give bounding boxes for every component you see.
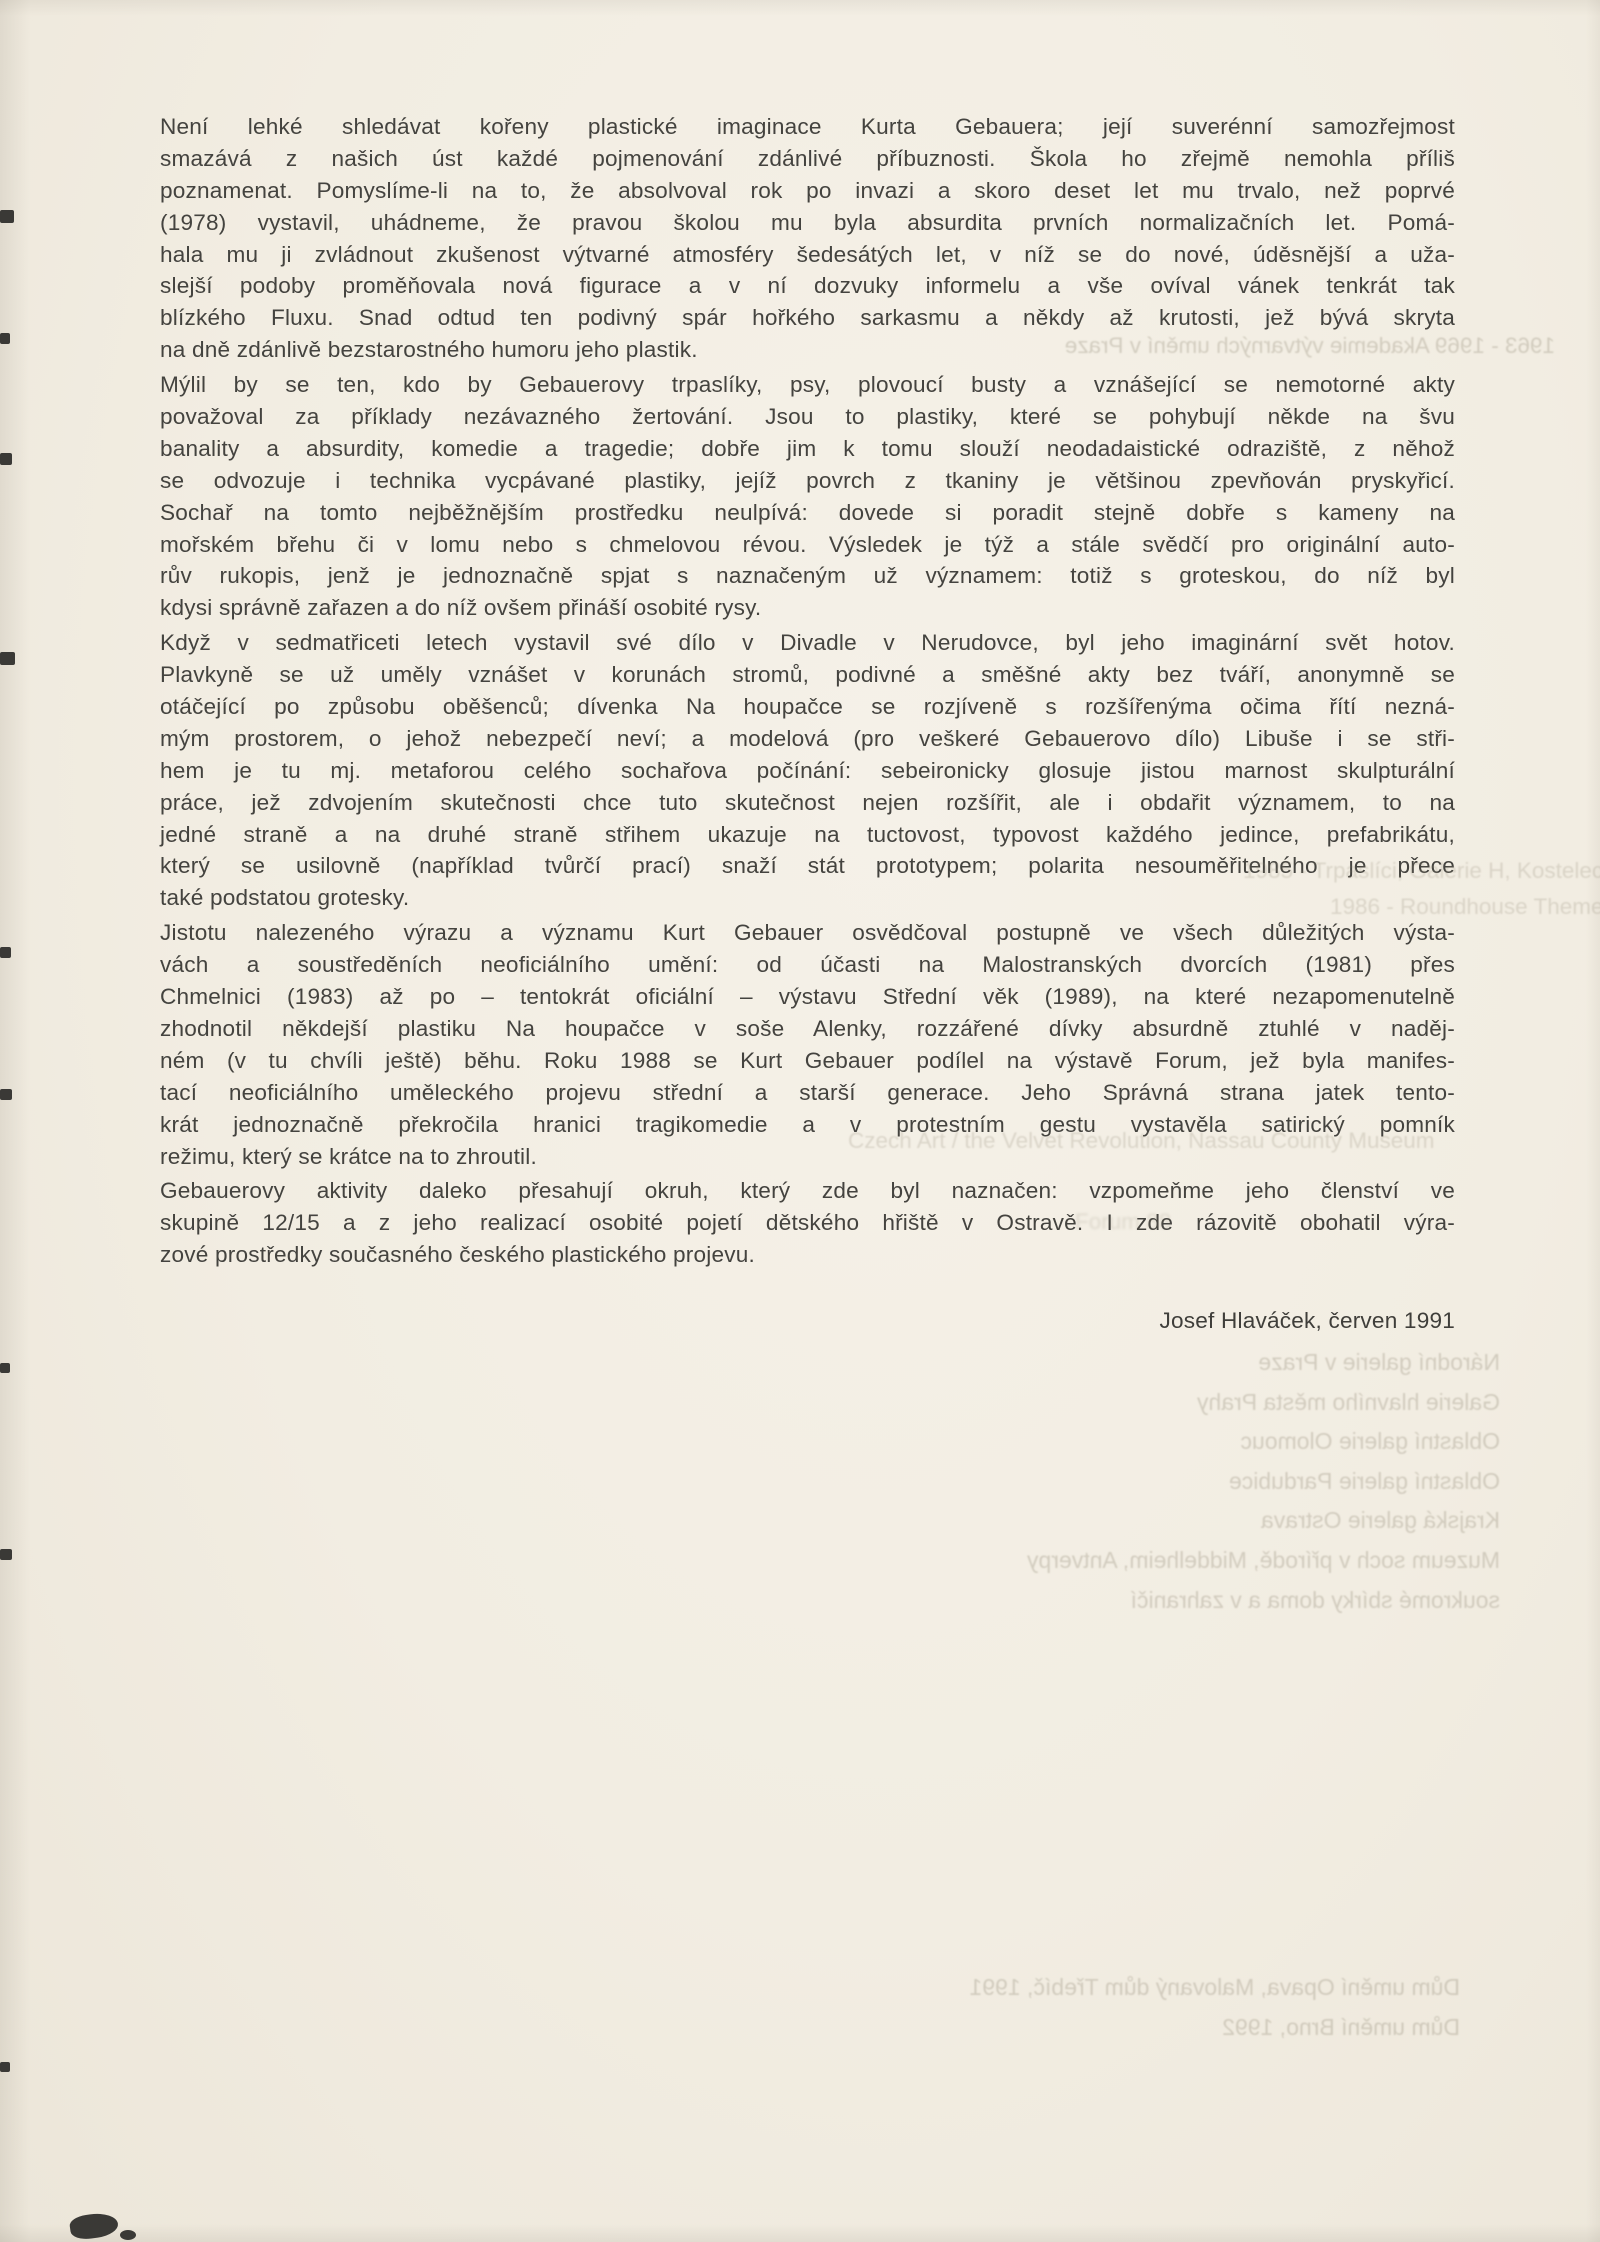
text-line: práce, jež zdvojením skutečnosti chce tu… xyxy=(160,787,1455,819)
page-edge-shadow-bottom xyxy=(0,2224,1600,2242)
text-line: na dně zdánlivě bezstarostného humoru je… xyxy=(160,334,1455,366)
text-line: zhodnotil někdejší plastiku Na houpačce … xyxy=(160,1013,1455,1045)
text-line: mořském břehu či v lomu nebo s chmelovou… xyxy=(160,529,1455,561)
text-line: Mýlil by se ten, kdo by Gebauerovy trpas… xyxy=(160,369,1455,401)
ghost-collection-line: soukromé sbírky doma a v zahraničí xyxy=(1050,1581,1500,1621)
text-line: také podstatou grotesky. xyxy=(160,882,1455,914)
text-line: skupině 12/15 a z jeho realizací osobité… xyxy=(160,1207,1455,1239)
ghost-mirrored-collections-list: Národní galerie v PrazeGalerie hlavního … xyxy=(1050,1343,1500,1620)
scan-artifact xyxy=(0,453,12,465)
scan-artifact xyxy=(0,652,15,665)
scan-artifact xyxy=(0,2062,10,2072)
text-line: smazává z našich úst každé pojmenování z… xyxy=(160,143,1455,175)
ghost-mirrored-bottom-lines: Dům umění Opava, Malovaný dům Třebíč, 19… xyxy=(820,1968,1460,2047)
text-line: rův rukopis, jenž je jednoznačně spjat s… xyxy=(160,560,1455,592)
scan-artifact xyxy=(0,210,14,223)
text-line: hem je tu mj. metaforou celého sochařova… xyxy=(160,755,1455,787)
ghost-collection-line: Oblastní galerie Olomouc xyxy=(1050,1422,1500,1462)
text-line: hala mu ji zvládnout zkušenost výtvarné … xyxy=(160,239,1455,271)
text-line: se odvozuje i technika vycpávané plastik… xyxy=(160,465,1455,497)
text-line: banality a absurdity, komedie a tragedie… xyxy=(160,433,1455,465)
text-line: Gebauerovy aktivity daleko přesahují okr… xyxy=(160,1175,1455,1207)
paragraph-1: Není lehké shledávat kořeny plastické im… xyxy=(160,111,1455,366)
text-line: otáčející po způsobu oběšenců; dívenka N… xyxy=(160,691,1455,723)
scanned-document-page: Není lehké shledávat kořeny plastické im… xyxy=(0,0,1600,2242)
ghost-bottom-line: Dům umění Brno, 1992 xyxy=(820,2008,1460,2048)
paragraph-2: Mýlil by se ten, kdo by Gebauerovy trpas… xyxy=(160,369,1455,624)
ghost-collection-line: Galerie hlavního města Prahy xyxy=(1050,1383,1500,1423)
text-line: Chmelnici (1983) až po – tentokrát ofici… xyxy=(160,981,1455,1013)
text-line: vách a soustředěních neoficiálního umění… xyxy=(160,949,1455,981)
text-line: Jistotu nalezeného výrazu a významu Kurt… xyxy=(160,917,1455,949)
text-line: slejší podoby proměňovala nová figurace … xyxy=(160,270,1455,302)
scan-artifact xyxy=(0,1549,12,1560)
text-line: který se usilovně (například tvůrčí prac… xyxy=(160,850,1455,882)
text-line: poznamenat. Pomyslíme-li na to, že absol… xyxy=(160,175,1455,207)
text-line: kdysi správně zařazen a do níž ovšem při… xyxy=(160,592,1455,624)
essay-text: Není lehké shledávat kořeny plastické im… xyxy=(160,111,1455,1337)
scan-artifact xyxy=(0,1089,12,1100)
text-line: mým prostorem, o jehož nebezpečí neví; a… xyxy=(160,723,1455,755)
ghost-collection-line: Národní galerie v Praze xyxy=(1050,1343,1500,1383)
text-line: tací neoficiálního uměleckého projevu st… xyxy=(160,1077,1455,1109)
paragraph-5: Gebauerovy aktivity daleko přesahují okr… xyxy=(160,1175,1455,1271)
scan-artifact xyxy=(0,947,11,958)
scan-artifact xyxy=(120,2230,136,2240)
text-line: režimu, který se krátce na to zhroutil. xyxy=(160,1141,1455,1173)
scan-artifact xyxy=(0,333,10,344)
ghost-collection-line: Oblastní galerie Pardubice xyxy=(1050,1462,1500,1502)
page-edge-shadow-right xyxy=(1586,0,1600,2242)
ghost-collection-line: Krajská galerie Ostrava xyxy=(1050,1501,1500,1541)
text-line: Není lehké shledávat kořeny plastické im… xyxy=(160,111,1455,143)
page-edge-shadow-top xyxy=(0,0,1600,16)
text-line: blízkého Fluxu. Snad odtud ten podivný s… xyxy=(160,302,1455,334)
text-line: krát jednoznačně překročila hranici trag… xyxy=(160,1109,1455,1141)
scan-artifact xyxy=(0,1363,10,1373)
ghost-bottom-line: Dům umění Opava, Malovaný dům Třebíč, 19… xyxy=(820,1968,1460,2008)
text-line: ném (v tu chvíli ještě) běhu. Roku 1988 … xyxy=(160,1045,1455,1077)
text-line: považoval za příklady nezávazného žertov… xyxy=(160,401,1455,433)
text-line: Sochař na tomto nejběžnějším prostředku … xyxy=(160,497,1455,529)
text-line: (1978) vystavil, uhádneme, že pravou ško… xyxy=(160,207,1455,239)
text-line: Plavkyně se už uměly vznášet v korunách … xyxy=(160,659,1455,691)
author-signature: Josef Hlaváček, červen 1991 xyxy=(160,1305,1455,1337)
text-line: Když v sedmatřiceti letech vystavil své … xyxy=(160,627,1455,659)
text-line: jedné straně a na druhé straně střihem u… xyxy=(160,819,1455,851)
paragraph-3: Když v sedmatřiceti letech vystavil své … xyxy=(160,627,1455,914)
text-line: zové prostředky současného českého plast… xyxy=(160,1239,1455,1271)
ghost-collection-line: Muzeum soch v přírodě, Middelheim, Antve… xyxy=(1050,1541,1500,1581)
paragraph-4: Jistotu nalezeného výrazu a významu Kurt… xyxy=(160,917,1455,1172)
scan-artifact xyxy=(69,2211,120,2241)
